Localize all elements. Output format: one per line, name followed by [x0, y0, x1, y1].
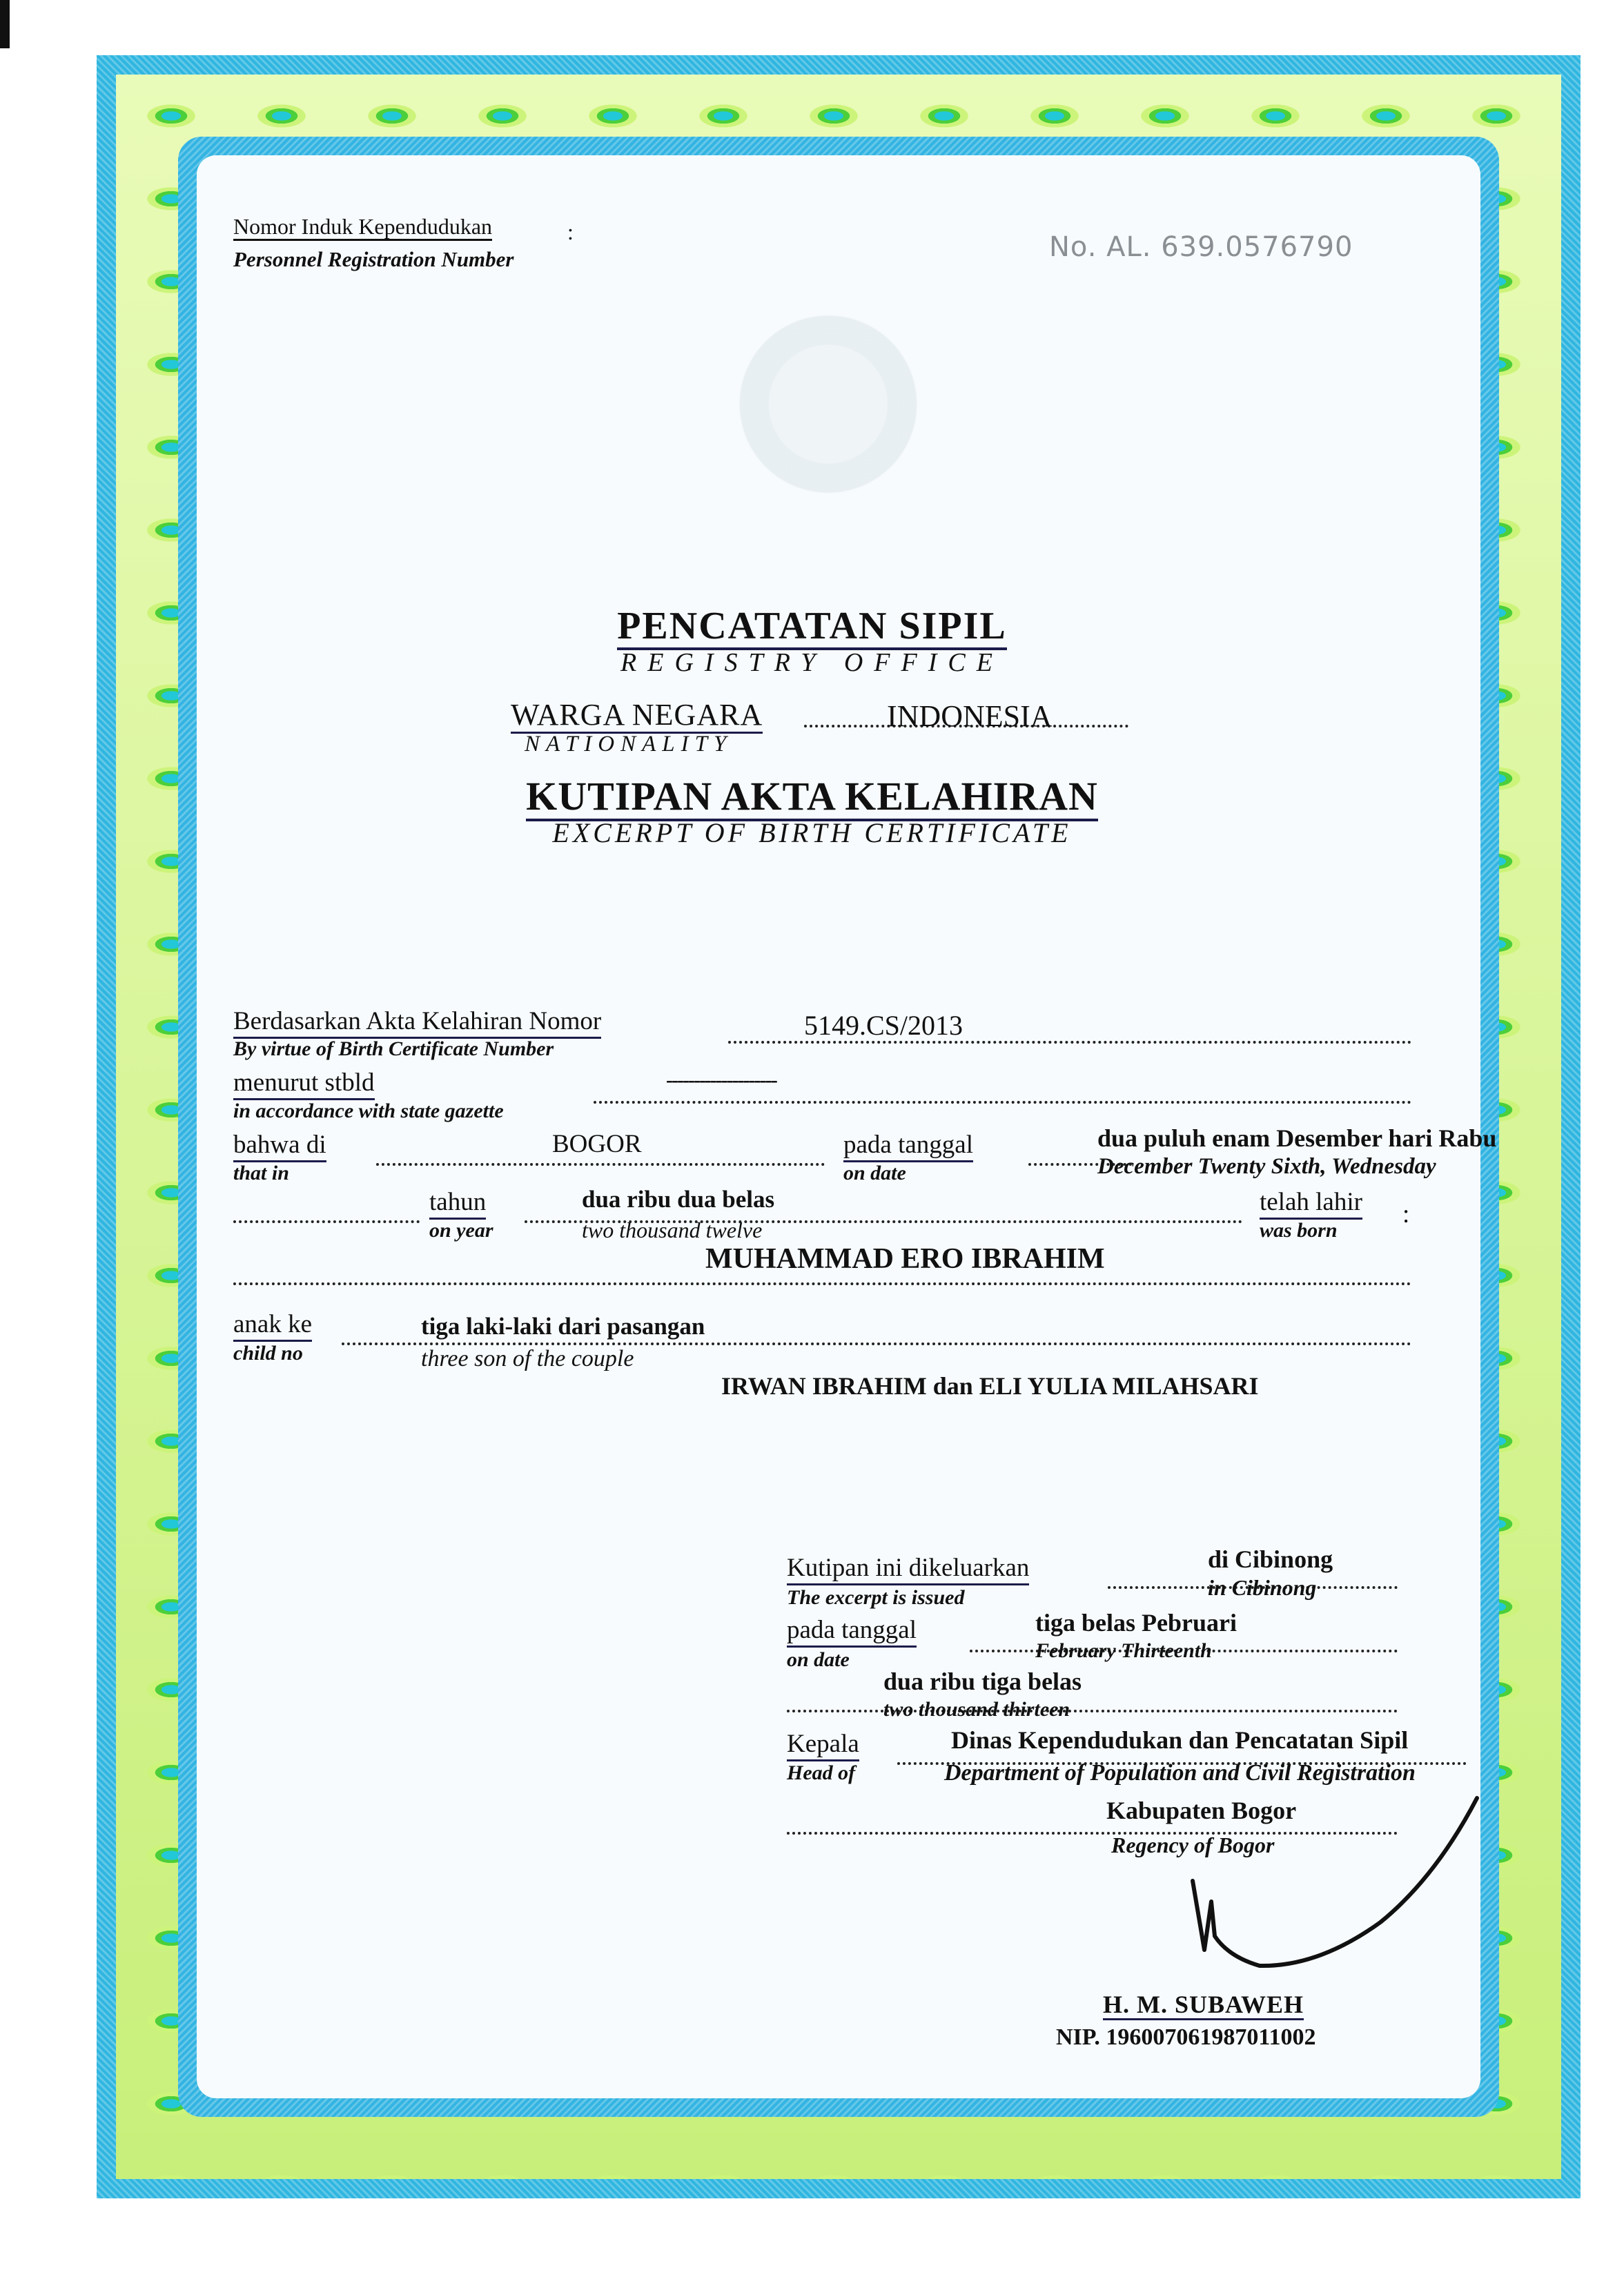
- cert-number-label-en: By virtue of Birth Certificate Number: [233, 1037, 554, 1061]
- certificate-title: KUTIPAN AKTA KELAHIRAN: [0, 773, 1624, 819]
- garuda-emblem-watermark-icon: [732, 314, 925, 514]
- year-prefix-dotted-line: [233, 1220, 420, 1223]
- nationality-value: INDONESIA: [887, 699, 1053, 734]
- nationality-label: WARGA NEGARA: [511, 697, 763, 732]
- issued-place: di Cibinong: [1208, 1545, 1333, 1574]
- stbld-label-en: in accordance with state gazette: [233, 1100, 504, 1123]
- year-label-en: on year: [429, 1219, 493, 1242]
- scan-edge-mark: [0, 0, 10, 48]
- year-value-en: two thousand twelve: [582, 1218, 762, 1243]
- child-no-value: tiga laki-laki dari pasangan: [421, 1313, 705, 1340]
- born-label-en: was born: [1260, 1219, 1338, 1242]
- issued-label: Kutipan ini dikeluarkan: [787, 1553, 1029, 1585]
- place-value: BOGOR: [552, 1129, 642, 1159]
- issue-date-label-en: on date: [787, 1648, 850, 1672]
- date-value-en: December Twenty Sixth, Wednesday: [1097, 1154, 1436, 1180]
- date-label: pada tanggal: [843, 1130, 973, 1162]
- nationality-label-en: NATIONALITY: [525, 732, 732, 757]
- place-label: bahwa di: [233, 1130, 326, 1162]
- signatory-name: H. M. SUBAWEH: [1103, 1990, 1304, 2019]
- issued-place-en: in Cibinong: [1208, 1575, 1316, 1601]
- head-label: Kepala: [787, 1729, 859, 1761]
- born-colon: :: [1402, 1200, 1409, 1229]
- office-title-en: REGISTRY OFFICE: [0, 647, 1624, 678]
- issue-year-value: dua ribu tiga belas: [883, 1667, 1082, 1696]
- stbld-dotted-line: [594, 1101, 1411, 1104]
- year-value: dua ribu dua belas: [582, 1186, 774, 1213]
- child-name: MUHAMMAD ERO IBRAHIM: [705, 1242, 1105, 1276]
- office-title: PENCATATAN SIPIL: [0, 604, 1624, 648]
- child-no-dotted-line: [342, 1342, 1411, 1345]
- cert-number-value: 5149.CS/2013: [804, 1009, 963, 1042]
- signature-icon: [1173, 1781, 1491, 1988]
- serial-number: No. AL. 639.0576790: [1049, 231, 1353, 263]
- issue-date-value: tiga belas Pebruari: [1035, 1608, 1237, 1637]
- born-label: telah lahir: [1260, 1187, 1362, 1220]
- issue-year-value-en: two thousand thirteen: [883, 1698, 1070, 1721]
- nik-label-en: Personnel Registration Number: [233, 247, 514, 272]
- issue-year-dotted-line: [787, 1710, 1398, 1712]
- child-no-label-en: child no: [233, 1342, 303, 1365]
- issue-date-label: pada tanggal: [787, 1615, 917, 1648]
- signatory-nip: NIP. 196007061987011002: [1056, 2024, 1316, 2051]
- child-name-dotted-line: [233, 1282, 1411, 1285]
- place-dotted-line: [376, 1163, 825, 1166]
- child-no-value-en: three son of the couple: [421, 1346, 634, 1372]
- date-value: dua puluh enam Desember hari Rabu: [1097, 1124, 1496, 1153]
- nik-colon: :: [567, 219, 574, 245]
- stbld-label: menurut stbld: [233, 1068, 375, 1100]
- certificate-title-en: EXCERPT OF BIRTH CERTIFICATE: [0, 817, 1624, 849]
- department-name: Dinas Kependudukan dan Pencatatan Sipil: [951, 1726, 1408, 1755]
- parents-names: IRWAN IBRAHIM dan ELI YULIA MILAHSARI: [721, 1371, 1259, 1400]
- child-no-label: anak ke: [233, 1309, 312, 1342]
- date-label-en: on date: [843, 1162, 906, 1185]
- nik-label: Nomor Induk Kependudukan: [233, 214, 492, 240]
- cert-number-label: Berdasarkan Akta Kelahiran Nomor: [233, 1006, 601, 1039]
- issue-date-value-en: February Thirteenth: [1035, 1639, 1212, 1663]
- stbld-value: --------------------: [666, 1068, 776, 1092]
- issued-label-en: The excerpt is issued: [787, 1586, 964, 1610]
- year-label: tahun: [429, 1187, 486, 1220]
- head-label-en: Head of: [787, 1761, 855, 1785]
- place-label-en: that in: [233, 1162, 289, 1185]
